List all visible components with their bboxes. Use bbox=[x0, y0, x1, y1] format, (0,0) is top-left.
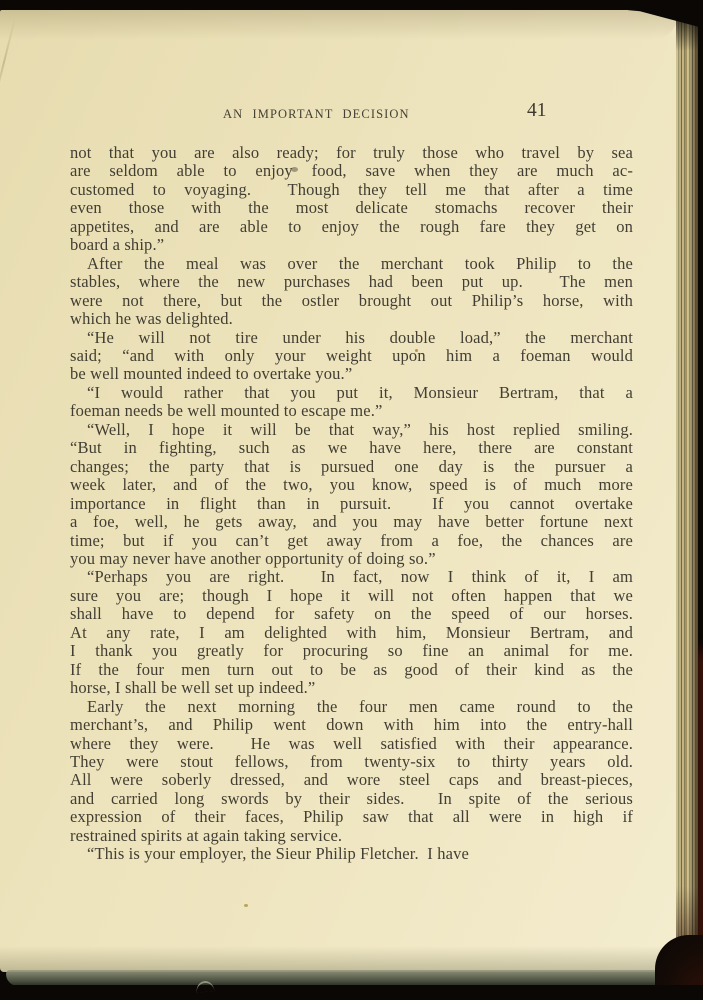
text-line: you may never have another opportunity o… bbox=[70, 550, 633, 568]
text-line: If the four men turn out to be as good o… bbox=[70, 661, 633, 679]
ink-smudge bbox=[291, 167, 298, 172]
text-line: week later, and of the two, you know, sp… bbox=[70, 476, 633, 494]
scan-border-top bbox=[0, 0, 703, 10]
text-line: After the meal was over the merchant too… bbox=[70, 255, 633, 273]
paragraph: After the meal was over the merchant too… bbox=[70, 255, 633, 329]
text-line: are seldom able to enjoy food, save when… bbox=[70, 162, 633, 180]
text-line: time; but if you can’t get away from a f… bbox=[70, 532, 633, 550]
text-line: horse, I shall be well set up indeed.” bbox=[70, 679, 633, 697]
scan-border-bottom bbox=[0, 985, 703, 1000]
text-line: and carried long swords by their sides. … bbox=[70, 790, 633, 808]
book-page: AN IMPORTANT DECISION 41 not that you ar… bbox=[0, 10, 678, 972]
text-line: customed to voyaging. Though they tell m… bbox=[70, 181, 633, 199]
paragraph: “He will not tire under his double load,… bbox=[70, 329, 633, 384]
text-line: be well mounted indeed to overtake you.” bbox=[70, 365, 633, 383]
text-line: “He will not tire under his double load,… bbox=[70, 329, 633, 347]
text-line: “Perhaps you are right. In fact, now I t… bbox=[70, 568, 633, 586]
paragraph: Early the next morning the four men came… bbox=[70, 698, 633, 846]
paper-speck bbox=[244, 904, 248, 907]
text-line: All were soberly dressed, and wore steel… bbox=[70, 771, 633, 789]
page-bottom-edge bbox=[6, 970, 666, 986]
text-line: a foe, well, he gets away, and you may h… bbox=[70, 513, 633, 531]
text-line: “I would rather that you put it, Monsieu… bbox=[70, 384, 633, 402]
text-line: “Well, I hope it will be that way,” his … bbox=[70, 421, 633, 439]
text-line: merchant’s, and Philip went down with hi… bbox=[70, 716, 633, 734]
text-line: importance in flight than in pursuit. If… bbox=[70, 495, 633, 513]
paper-crease bbox=[0, 18, 16, 106]
text-line: shall have to depend for safety on the s… bbox=[70, 605, 633, 623]
paragraph: “Well, I hope it will be that way,” his … bbox=[70, 421, 633, 569]
text-line: which he was delighted. bbox=[70, 310, 633, 328]
text-block: not that you are also ready; for truly t… bbox=[70, 144, 633, 864]
text-line: not that you are also ready; for truly t… bbox=[70, 144, 633, 162]
paragraph: “I would rather that you put it, Monsieu… bbox=[70, 384, 633, 421]
page-number: 41 bbox=[527, 100, 547, 122]
text-line: even those with the most delicate stomac… bbox=[70, 199, 633, 217]
text-line: said; “and with only your weight upon hi… bbox=[70, 347, 633, 365]
text-line: foeman needs be well mounted to escape m… bbox=[70, 402, 633, 420]
paragraph: “This is your employer, the Sieur Philip… bbox=[70, 845, 633, 863]
text-line: restrained spirits at again taking servi… bbox=[70, 827, 633, 845]
text-line: Early the next morning the four men came… bbox=[70, 698, 633, 716]
paragraph: not that you are also ready; for truly t… bbox=[70, 144, 633, 255]
text-line: At any rate, I am delighted with him, Mo… bbox=[70, 624, 633, 642]
page-edge-stack bbox=[676, 13, 698, 963]
paper-speck bbox=[415, 349, 418, 352]
running-head-title: AN IMPORTANT DECISION bbox=[223, 107, 410, 122]
text-line: board a ship.” bbox=[70, 236, 633, 254]
text-line: appetites, and are able to enjoy the rou… bbox=[70, 218, 633, 236]
text-line: were not there, but the ostler brought o… bbox=[70, 292, 633, 310]
text-line: changes; the party that is pursued one d… bbox=[70, 458, 633, 476]
text-line: sure you are; though I hope it will not … bbox=[70, 587, 633, 605]
text-line: “But in fighting, such as we have here, … bbox=[70, 439, 633, 457]
text-line: stables, where the new purchases had bee… bbox=[70, 273, 633, 291]
text-line: expression of their faces, Philip saw th… bbox=[70, 808, 633, 826]
text-line: They were stout fellows, from twenty-six… bbox=[70, 753, 633, 771]
text-line: “This is your employer, the Sieur Philip… bbox=[70, 845, 633, 863]
book-scan: AN IMPORTANT DECISION 41 not that you ar… bbox=[0, 0, 703, 1000]
text-line: where they were. He was well satisfied w… bbox=[70, 735, 633, 753]
text-line: I thank you greatly for procuring so fin… bbox=[70, 642, 633, 660]
paragraph: “Perhaps you are right. In fact, now I t… bbox=[70, 568, 633, 697]
